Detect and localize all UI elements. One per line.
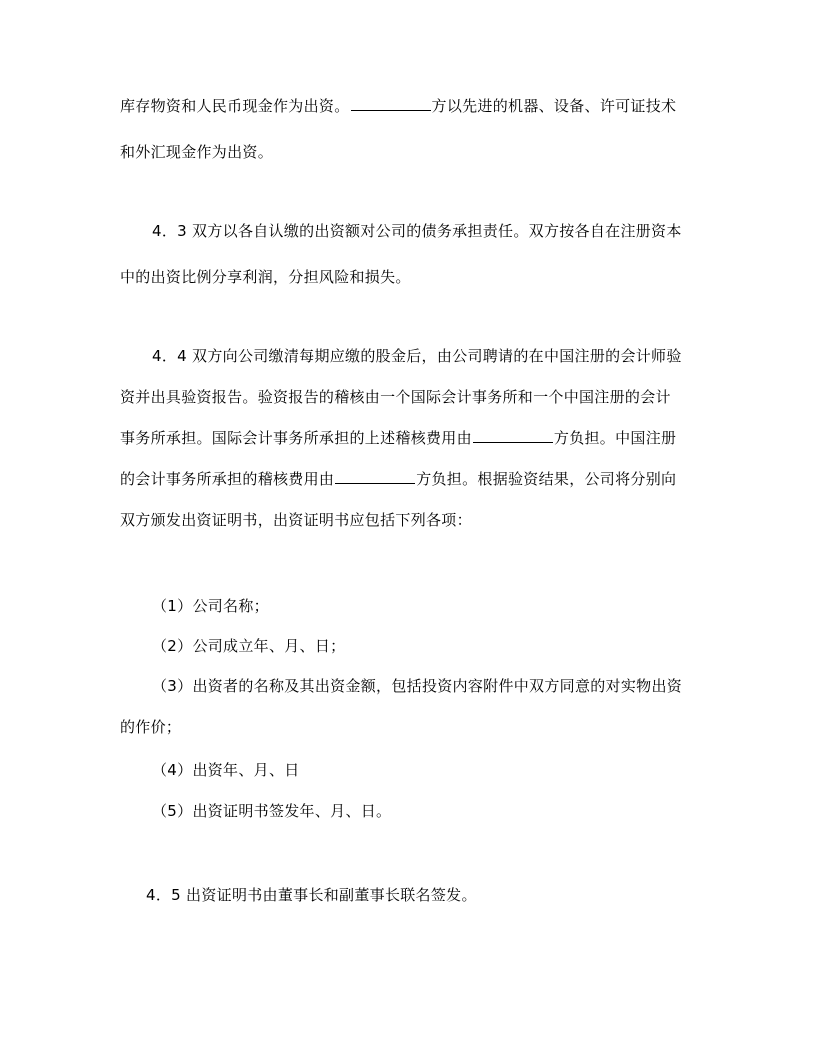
clause-4-5-line-1: 4．5 出资证明书由董事长和副董事长联名签发。 xyxy=(146,885,736,905)
list-item-3: （3）出资者的名称及其出资金额，包括投资内容附件中双方同意的对实物出资 xyxy=(152,676,742,696)
clause-4-4-text-3b: 方负担。中国注册 xyxy=(554,429,676,447)
blank-party-field-3[interactable] xyxy=(335,469,415,484)
clause-4-4-text-4b: 方负担。根据验资结果，公司将分别向 xyxy=(416,470,676,488)
list-item-5: （5）出资证明书签发年、月、日。 xyxy=(152,801,742,821)
clause-4-3-line-1: 4．3 双方以各自认缴的出资额对公司的债务承担责任。双方按各自在注册资本 xyxy=(152,221,742,241)
list-item-1: （1）公司名称； xyxy=(152,596,742,616)
clause-4-4-line-1: 4．4 双方向公司缴清每期应缴的股金后，由公司聘请的在中国注册的会计师验 xyxy=(152,346,742,366)
clause-4-4-text-4a: 的会计事务所承担的稽核费用由 xyxy=(120,470,334,488)
blank-party-field-2[interactable] xyxy=(473,428,553,443)
intro-line-2: 和外汇现金作为出资。 xyxy=(120,142,710,162)
blank-party-field-1[interactable] xyxy=(351,96,431,111)
clause-4-4-text-3a: 事务所承担。国际会计事务所承担的上述稽核费用由 xyxy=(120,429,472,447)
list-item-3-cont: 的作价； xyxy=(120,717,710,737)
list-item-4: （4）出资年、月、日 xyxy=(152,760,742,780)
intro-text-a: 库存物资和人民币现金作为出资。 xyxy=(120,97,350,115)
clause-4-3-line-2: 中的出资比例分享利润，分担风险和损失。 xyxy=(120,267,710,287)
intro-line-1: 库存物资和人民币现金作为出资。方以先进的机器、设备、许可证技术 xyxy=(120,96,710,116)
clause-4-4-line-4: 的会计事务所承担的稽核费用由方负担。根据验资结果，公司将分别向 xyxy=(120,469,710,489)
intro-text-b: 方以先进的机器、设备、许可证技术 xyxy=(432,97,677,115)
clause-4-4-line-3: 事务所承担。国际会计事务所承担的上述稽核费用由方负担。中国注册 xyxy=(120,428,710,448)
clause-4-4-line-5: 双方颁发出资证明书，出资证明书应包括下列各项： xyxy=(120,510,710,530)
clause-4-4-line-2: 资并出具验资报告。验资报告的稽核由一个国际会计事务所和一个中国注册的会计 xyxy=(120,387,710,407)
list-item-2: （2）公司成立年、月、日； xyxy=(152,636,742,656)
